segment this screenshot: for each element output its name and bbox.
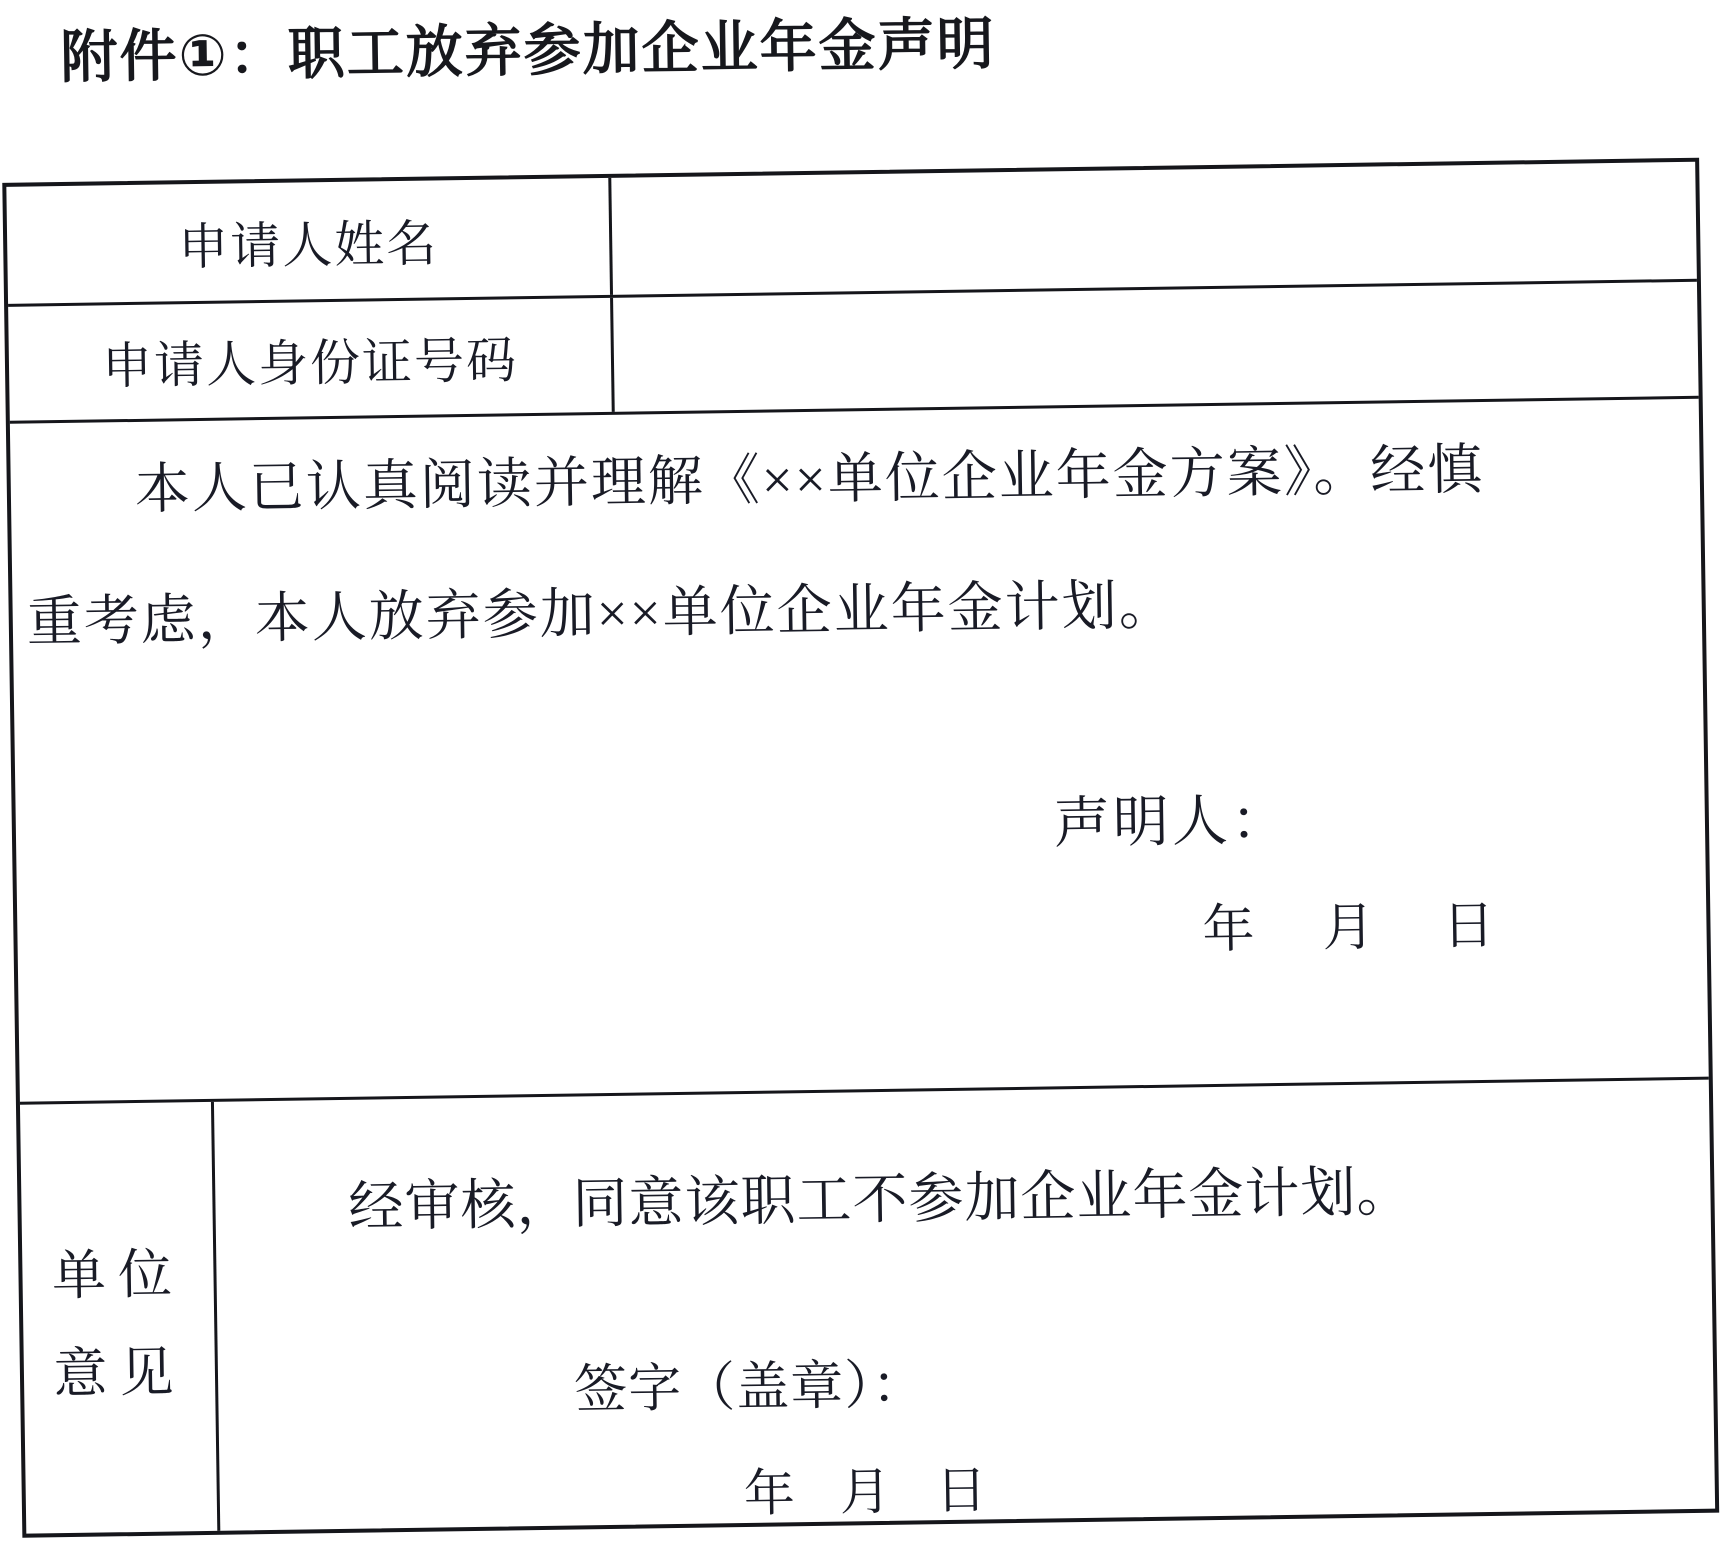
unit-opinion-label-cell: 单位意见 xyxy=(20,1102,220,1534)
declaration-line-2: 重考虑，本人放弃参加××单位企业年金计划。 xyxy=(26,532,1681,688)
unit-opinion-row: 单位意见 经审核，同意该职工不参加企业年金计划。 签字（盖章）： 年 月 日 xyxy=(20,1080,1715,1534)
document-title: 附件①：职工放弃参加企业年金声明 xyxy=(60,0,996,94)
unit-opinion-label: 单位意见 xyxy=(42,1225,195,1423)
unit-approval-text: 经审核，同意该职工不参加企业年金计划。 xyxy=(348,1147,1413,1242)
declarant-signature-label: 声明人： xyxy=(1053,776,1290,859)
unit-signature-seal-label: 签字（盖章）： xyxy=(574,1342,927,1423)
declaration-form-table: 申请人姓名 申请人身份证号码 本人已认真阅读并理解《××单位企业年金方案》。经慎… xyxy=(2,158,1719,1538)
applicant-name-label: 申请人姓名 xyxy=(6,178,613,304)
unit-opinion-content: 经审核，同意该职工不参加企业年金计划。 签字（盖章）： 年 月 日 xyxy=(214,1080,1715,1531)
declaration-section: 本人已认真阅读并理解《××单位企业年金方案》。经慎 重考虑，本人放弃参加××单位… xyxy=(10,399,1709,1105)
applicant-name-field[interactable] xyxy=(611,162,1697,295)
scanned-document-page: 附件①：职工放弃参加企业年金声明 申请人姓名 申请人身份证号码 本人已认真阅读并… xyxy=(0,0,1735,1548)
declaration-date-line: 年 月 日 xyxy=(1202,883,1503,962)
document-sheet: 附件①：职工放弃参加企业年金声明 申请人姓名 申请人身份证号码 本人已认真阅读并… xyxy=(0,0,1735,1548)
applicant-id-field[interactable] xyxy=(613,282,1699,412)
declaration-line-1: 本人已认真阅读并理解《××单位企业年金方案》。经慎 xyxy=(24,401,1679,557)
declaration-paragraph: 本人已认真阅读并理解《××单位企业年金方案》。经慎 重考虑，本人放弃参加××单位… xyxy=(24,401,1681,687)
applicant-id-label: 申请人身份证号码 xyxy=(8,298,615,421)
unit-opinion-date-line: 年 月 日 xyxy=(743,1448,984,1526)
